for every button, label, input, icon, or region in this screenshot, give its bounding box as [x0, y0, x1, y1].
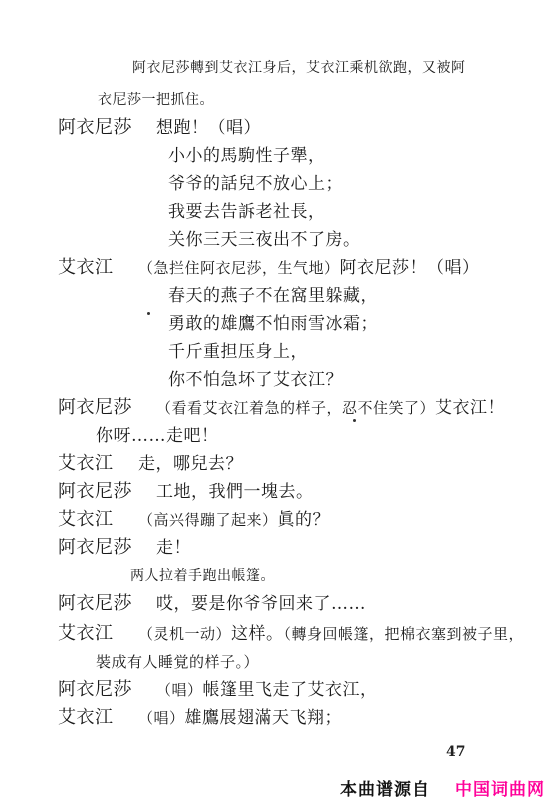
- dialogue-text: 雄鷹展翅滿天飞翔；: [185, 708, 343, 728]
- verse-line: 小小的馬駒性子犟，: [168, 146, 326, 166]
- dialogue-line: 艾衣江（灵机一动）这样。（轉身回帳篷，把棉衣塞到被子里，: [58, 624, 524, 644]
- stage-direction-inline: （唱）: [138, 709, 185, 727]
- speaker-name: 艾衣江: [58, 454, 138, 474]
- dialogue-line: 阿衣尼莎（看看艾衣江着急的样子，忍不住笑了）艾衣江！: [58, 398, 505, 418]
- dialogue-line: 阿衣尼莎哎，要是你爷爷回来了……: [58, 594, 366, 614]
- stage-direction-inline: （轉身回帳篷，把棉衣塞到被子里，: [284, 625, 525, 643]
- stage-direction-cont: 衣尼莎一把抓住。: [98, 90, 214, 110]
- stage-direction: 两人拉着手跑出帳篷。: [130, 566, 275, 586]
- stage-direction-inline: （急拦住阿衣尼莎，生气地）: [138, 259, 340, 277]
- dialogue-continuation: 你呀……走吧！: [96, 426, 219, 446]
- verse-line: 春天的燕子不在窩里躲藏，: [168, 286, 378, 306]
- stage-direction-inline: （灵机一动）: [138, 625, 231, 643]
- footer-site-link[interactable]: 中国词曲网: [455, 775, 545, 800]
- dialogue-text: 工地，我們一塊去。: [156, 482, 314, 502]
- dialogue-line: 阿衣尼莎工地，我們一塊去。: [58, 482, 314, 502]
- stage-direction-cont: 裝成有人睡覚的样子。）: [96, 652, 259, 672]
- dialogue-line: 艾衣江（急拦住阿衣尼莎，生气地）阿衣尼莎！（唱）: [58, 258, 480, 278]
- stage-direction: 阿衣尼莎轉到艾衣江身后，艾衣江乘机欲跑，又被阿: [132, 58, 466, 78]
- verse-line: 我要去告訴老社長，: [168, 202, 326, 222]
- dialogue-line: 艾衣江走，哪兒去？: [58, 454, 243, 474]
- dialogue-line: 艾衣江（唱）雄鷹展翅滿天飞翔；: [58, 708, 342, 728]
- speaker-name: 阿衣尼莎: [58, 680, 156, 700]
- footer-source-label: 本曲谱源自: [340, 775, 430, 800]
- speaker-name: 艾衣江: [58, 624, 138, 644]
- dialogue-text: 走！: [156, 538, 191, 558]
- print-speck: [353, 419, 356, 422]
- speaker-name: 阿衣尼莎: [58, 118, 156, 138]
- verse-line: 爷爷的話兒不放心上；: [168, 174, 343, 194]
- speaker-name: 阿衣尼莎: [58, 398, 156, 418]
- page-number: 47: [446, 744, 465, 760]
- speaker-name: 艾衣江: [58, 258, 138, 278]
- stage-direction-inline: （看看艾衣江着急的样子，忍不住笑了）: [156, 399, 435, 417]
- dialogue-text: 想跑！（唱）: [156, 118, 261, 138]
- stage-direction-inline: （唱）: [156, 681, 203, 699]
- dialogue-text: 艾衣江！: [435, 398, 505, 418]
- dialogue-text: 眞的？: [278, 510, 331, 530]
- dialogue-text: 阿衣尼莎！（唱）: [340, 258, 480, 278]
- dialogue-text: 哎，要是你爷爷回来了……: [156, 594, 366, 614]
- speaker-name: 阿衣尼莎: [58, 594, 156, 614]
- speaker-name: 艾衣江: [58, 708, 138, 728]
- verse-line: 你不怕急坏了艾衣江？: [168, 370, 343, 390]
- speaker-name: 阿衣尼莎: [58, 538, 156, 558]
- verse-line: 千斤重担压身上，: [168, 342, 308, 362]
- verse-line: 勇敢的雄鷹不怕雨雪冰霜；: [168, 314, 378, 334]
- speaker-name: 艾衣江: [58, 510, 138, 530]
- dialogue-line: 艾衣江（高兴得蹦了起来）眞的？: [58, 510, 330, 530]
- speaker-name: 阿衣尼莎: [58, 482, 156, 502]
- verse-line: 关你三天三夜出不了房。: [168, 230, 361, 250]
- dialogue-line: 阿衣尼莎走！: [58, 538, 191, 558]
- dialogue-text: 帳篷里飞走了艾衣江，: [203, 680, 378, 700]
- stage-direction-inline: （高兴得蹦了起来）: [138, 511, 278, 529]
- dialogue-line: 阿衣尼莎想跑！（唱）: [58, 118, 261, 138]
- dialogue-text: 这样。: [231, 624, 284, 644]
- dialogue-text: 走，哪兒去？: [138, 454, 243, 474]
- dialogue-line: 阿衣尼莎（唱）帳篷里飞走了艾衣江，: [58, 680, 378, 700]
- print-speck: [147, 312, 150, 315]
